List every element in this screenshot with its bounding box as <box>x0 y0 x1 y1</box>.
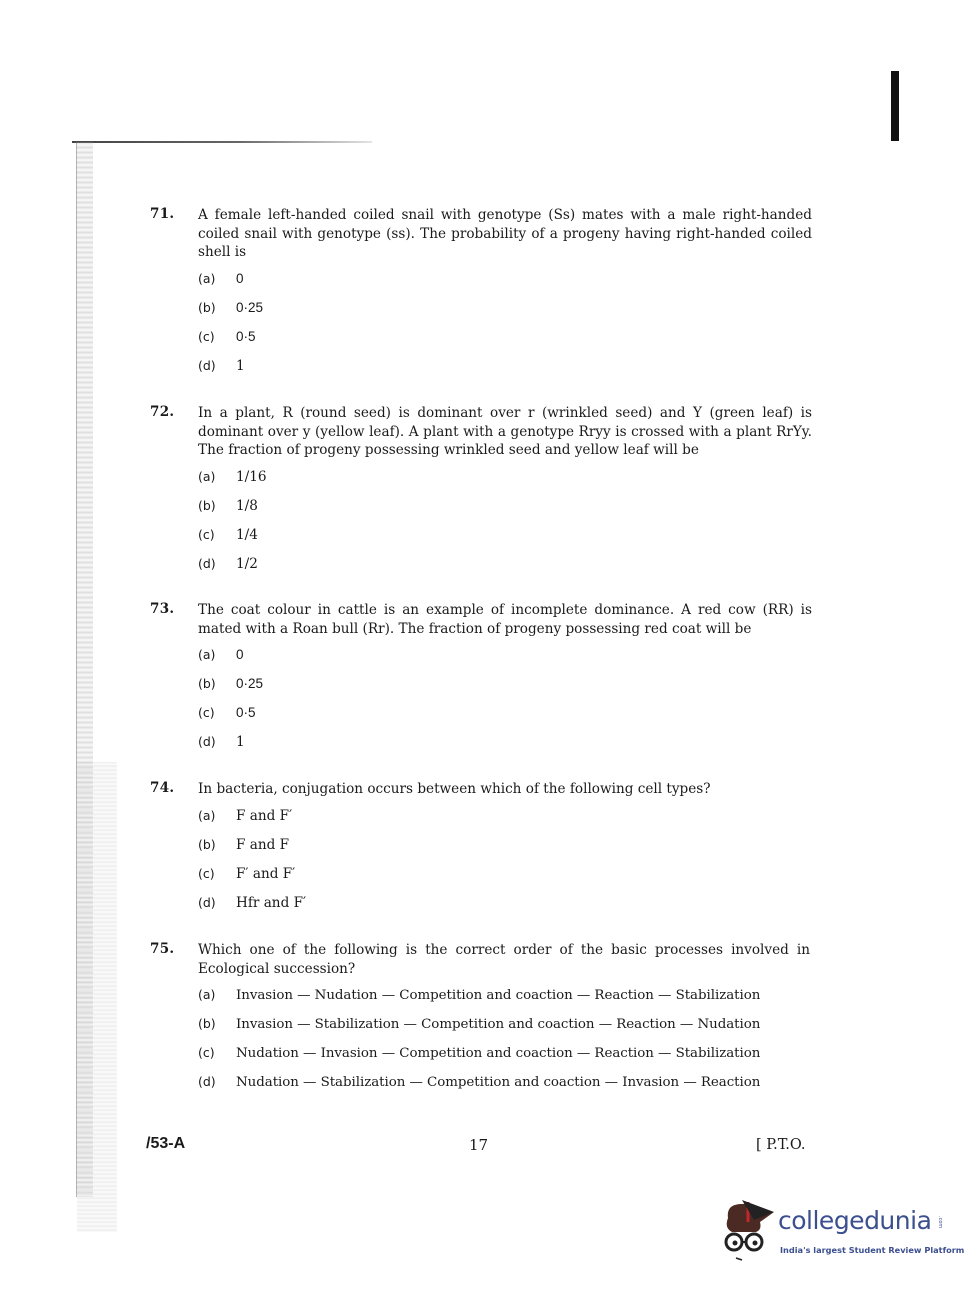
option-b: (b)0·25 <box>198 300 812 329</box>
option-label: (a) <box>198 987 236 1002</box>
question-number: 74. <box>150 780 174 796</box>
option-a: (a)F and F′ <box>198 808 812 837</box>
option-label: (c) <box>198 705 236 720</box>
scan-binding-edge <box>76 142 93 1197</box>
question-73: 73. The coat colour in cattle is an exam… <box>150 601 812 763</box>
brand-domain: .com <box>937 1216 943 1228</box>
option-text: 1/8 <box>236 498 258 514</box>
option-list: (a)Invasion — Nudation — Competition and… <box>198 987 812 1103</box>
option-label: (d) <box>198 734 236 749</box>
option-label: (b) <box>198 498 236 513</box>
option-a: (a)1/16 <box>198 469 812 498</box>
option-label: (c) <box>198 527 236 542</box>
option-text: F′ and F′ <box>236 866 295 882</box>
option-d: (d)1 <box>198 734 812 763</box>
option-b: (b)1/8 <box>198 498 812 527</box>
scan-registration-mark <box>891 71 899 141</box>
option-text: F and F′ <box>236 808 292 824</box>
option-text: 0·5 <box>236 705 256 720</box>
question-text: In a plant, R (round seed) is dominant o… <box>198 404 812 460</box>
option-label: (b) <box>198 300 236 315</box>
header-rule <box>72 141 372 143</box>
question-text: Which one of the following is the correc… <box>198 941 810 978</box>
option-a: (a)Invasion — Nudation — Competition and… <box>198 987 812 1016</box>
option-label: (a) <box>198 647 236 662</box>
option-list: (a)F and F′ (b)F and F (c)F′ and F′ (d)H… <box>198 808 812 924</box>
option-text: F and F <box>236 837 289 853</box>
option-label: (b) <box>198 837 236 852</box>
question-71: 71. A female left-handed coiled snail wi… <box>150 206 812 387</box>
option-list: (a)0 (b)0·25 (c)0·5 (d)1 <box>198 647 812 763</box>
option-label: (b) <box>198 1016 236 1031</box>
question-text: In bacteria, conjugation occurs between … <box>198 780 812 799</box>
question-number: 73. <box>150 601 174 617</box>
booklet-code: /53-A <box>146 1135 185 1153</box>
option-d: (d)Hfr and F′ <box>198 895 812 924</box>
option-label: (c) <box>198 866 236 881</box>
collegedunia-watermark: collegedunia .com India's largest Studen… <box>718 1198 948 1268</box>
page-number: 17 <box>469 1136 488 1154</box>
option-b: (b)Invasion — Stabilization — Competitio… <box>198 1016 812 1045</box>
option-text: 0·25 <box>236 300 263 315</box>
option-c: (c)Nudation — Invasion — Competition and… <box>198 1045 812 1074</box>
option-c: (c)0·5 <box>198 705 812 734</box>
option-label: (a) <box>198 808 236 823</box>
question-72: 72. In a plant, R (round seed) is domina… <box>150 404 812 585</box>
option-d: (d)1/2 <box>198 556 812 585</box>
option-text: Invasion — Nudation — Competition and co… <box>236 988 760 1003</box>
brand-name: collegedunia <box>778 1206 931 1235</box>
option-d: (d)1 <box>198 358 812 387</box>
option-label: (d) <box>198 1074 236 1089</box>
option-list: (a)0 (b)0·25 (c)0·5 (d)1 <box>198 271 812 387</box>
option-b: (b)F and F <box>198 837 812 866</box>
option-a: (a)0 <box>198 271 812 300</box>
option-label: (a) <box>198 271 236 286</box>
option-a: (a)0 <box>198 647 812 676</box>
question-number: 71. <box>150 206 174 222</box>
option-text: 1 <box>236 734 245 750</box>
student-mascot-icon <box>718 1198 778 1264</box>
option-label: (c) <box>198 1045 236 1060</box>
option-text: 0·25 <box>236 676 263 691</box>
option-label: (d) <box>198 556 236 571</box>
question-74: 74. In bacteria, conjugation occurs betw… <box>150 780 812 924</box>
option-text: Hfr and F′ <box>236 895 306 911</box>
option-label: (b) <box>198 676 236 691</box>
option-text: Nudation — Stabilization — Competition a… <box>236 1075 760 1090</box>
option-b: (b)0·25 <box>198 676 812 705</box>
option-label: (c) <box>198 329 236 344</box>
pto-mark: [ P.T.O. <box>756 1137 806 1153</box>
option-label: (a) <box>198 469 236 484</box>
option-text: 1/2 <box>236 556 258 572</box>
option-text: Nudation — Invasion — Competition and co… <box>236 1046 760 1061</box>
question-75: 75. Which one of the following is the co… <box>150 941 812 1103</box>
option-d: (d)Nudation — Stabilization — Competitio… <box>198 1074 812 1103</box>
option-c: (c)F′ and F′ <box>198 866 812 895</box>
option-text: 0 <box>236 647 244 662</box>
question-number: 75. <box>150 941 174 957</box>
option-label: (d) <box>198 895 236 910</box>
option-list: (a)1/16 (b)1/8 (c)1/4 (d)1/2 <box>198 469 812 585</box>
option-text: 1/4 <box>236 527 258 543</box>
question-number: 72. <box>150 404 174 420</box>
brand-tagline: India's largest Student Review Platform <box>780 1245 964 1255</box>
option-label: (d) <box>198 358 236 373</box>
question-text: A female left-handed coiled snail with g… <box>198 206 812 262</box>
option-text: 1/16 <box>236 469 267 485</box>
option-text: Invasion — Stabilization — Competition a… <box>236 1017 760 1032</box>
question-text: The coat colour in cattle is an example … <box>198 601 812 638</box>
option-text: 1 <box>236 358 245 374</box>
option-c: (c)0·5 <box>198 329 812 358</box>
option-c: (c)1/4 <box>198 527 812 556</box>
option-text: 0 <box>236 271 244 286</box>
option-text: 0·5 <box>236 329 256 344</box>
